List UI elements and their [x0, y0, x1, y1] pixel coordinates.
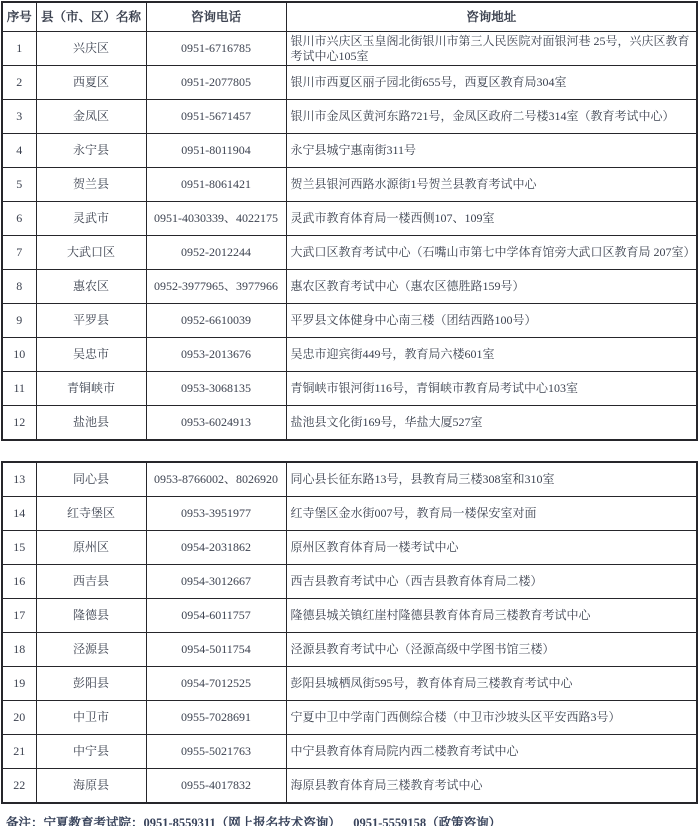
- phone-number-cell: 0951-8061421: [146, 168, 286, 202]
- district-name-cell: 西夏区: [36, 66, 146, 100]
- row-number-cell: 13: [2, 462, 36, 497]
- phone-number-cell: 0954-3012667: [146, 565, 286, 599]
- district-name-cell: 盐池县: [36, 406, 146, 441]
- address-cell: 中宁县教育体育局院内西二楼教育考试中心: [286, 735, 697, 769]
- phone-number-cell: 0954-5011754: [146, 633, 286, 667]
- district-name-cell: 永宁县: [36, 134, 146, 168]
- address-cell: 宁夏中卫中学南门西侧综合楼（中卫市沙坡头区平安西路3号）: [286, 701, 697, 735]
- phone-number-cell: 0951-4030339、4022175: [146, 202, 286, 236]
- district-name-cell: 平罗县: [36, 304, 146, 338]
- table-row: 6灵武市0951-4030339、4022175灵武市教育体育局一楼西侧107、…: [2, 202, 697, 236]
- district-name-cell: 红寺堡区: [36, 497, 146, 531]
- phone-number-cell: 0953-3068135: [146, 372, 286, 406]
- district-name-cell: 惠农区: [36, 270, 146, 304]
- table-header-row: 序号 县（市、区）名称 咨询电话 咨询地址: [2, 2, 697, 32]
- row-number-cell: 18: [2, 633, 36, 667]
- row-number-cell: 10: [2, 338, 36, 372]
- row-number-cell: 21: [2, 735, 36, 769]
- contact-table-section-1: 序号 县（市、区）名称 咨询电话 咨询地址 1兴庆区0951-6716785银川…: [1, 1, 698, 441]
- address-cell: 永宁县城宁惠南街311号: [286, 134, 697, 168]
- phone-number-cell: 0953-6024913: [146, 406, 286, 441]
- row-number-cell: 12: [2, 406, 36, 441]
- address-cell: 盐池县文化街169号，华盐大厦527室: [286, 406, 697, 441]
- row-number-cell: 1: [2, 32, 36, 66]
- phone-number-cell: 0953-8766002、8026920: [146, 462, 286, 497]
- address-cell: 银川市西夏区丽子园北街655号，西夏区教育局304室: [286, 66, 697, 100]
- remark-note: 备注：宁夏教育考试院：0951-8559311（网上报名技术咨询） 0951-5…: [6, 813, 700, 826]
- phone-number-cell: 0952-3977965、3977966: [146, 270, 286, 304]
- consultation-contact-document: 序号 县（市、区）名称 咨询电话 咨询地址 1兴庆区0951-6716785银川…: [0, 0, 700, 826]
- address-cell: 贺兰县银河西路水源街1号贺兰县教育考试中心: [286, 168, 697, 202]
- row-number-cell: 8: [2, 270, 36, 304]
- address-cell: 彭阳县城栖凤街595号，教育体育局三楼教育考试中心: [286, 667, 697, 701]
- phone-number-cell: 0953-2013676: [146, 338, 286, 372]
- table-row: 8惠农区0952-3977965、3977966惠农区教育考试中心（惠农区德胜路…: [2, 270, 697, 304]
- table-row: 18泾源县0954-5011754泾源县教育考试中心（泾源高级中学图书馆三楼）: [2, 633, 697, 667]
- row-number-cell: 22: [2, 769, 36, 804]
- table-row: 4永宁县0951-8011904永宁县城宁惠南街311号: [2, 134, 697, 168]
- table-row: 17隆德县0954-6011757隆德县城关镇红崖村隆德县教育体育局三楼教育考试…: [2, 599, 697, 633]
- header-phone: 咨询电话: [146, 2, 286, 32]
- table-row: 5贺兰县0951-8061421贺兰县银河西路水源街1号贺兰县教育考试中心: [2, 168, 697, 202]
- phone-number-cell: 0952-2012244: [146, 236, 286, 270]
- row-number-cell: 17: [2, 599, 36, 633]
- phone-number-cell: 0952-6610039: [146, 304, 286, 338]
- row-number-cell: 9: [2, 304, 36, 338]
- table-row: 20中卫市0955-7028691宁夏中卫中学南门西侧综合楼（中卫市沙坡头区平安…: [2, 701, 697, 735]
- row-number-cell: 14: [2, 497, 36, 531]
- table-row: 3金凤区0951-5671457银川市金凤区黄河东路721号，金凤区政府二号楼3…: [2, 100, 697, 134]
- row-number-cell: 3: [2, 100, 36, 134]
- table-row: 1兴庆区0951-6716785银川市兴庆区玉皇阁北街银川市第三人民医院对面银河…: [2, 32, 697, 66]
- address-cell: 青铜峡市银河街116号，青铜峡市教育局考试中心103室: [286, 372, 697, 406]
- district-name-cell: 海原县: [36, 769, 146, 804]
- district-name-cell: 同心县: [36, 462, 146, 497]
- row-number-cell: 7: [2, 236, 36, 270]
- row-number-cell: 19: [2, 667, 36, 701]
- address-cell: 平罗县文体健身中心南三楼（团结西路100号）: [286, 304, 697, 338]
- address-cell: 隆德县城关镇红崖村隆德县教育体育局三楼教育考试中心: [286, 599, 697, 633]
- phone-number-cell: 0954-7012525: [146, 667, 286, 701]
- row-number-cell: 2: [2, 66, 36, 100]
- table-row: 2西夏区0951-2077805银川市西夏区丽子园北街655号，西夏区教育局30…: [2, 66, 697, 100]
- row-number-cell: 15: [2, 531, 36, 565]
- row-number-cell: 5: [2, 168, 36, 202]
- table-row: 21中宁县0955-5021763中宁县教育体育局院内西二楼教育考试中心: [2, 735, 697, 769]
- district-name-cell: 贺兰县: [36, 168, 146, 202]
- row-number-cell: 20: [2, 701, 36, 735]
- table-row: 16西吉县0954-3012667西吉县教育考试中心（西吉县教育体育局二楼）: [2, 565, 697, 599]
- row-number-cell: 6: [2, 202, 36, 236]
- phone-number-cell: 0955-5021763: [146, 735, 286, 769]
- phone-number-cell: 0951-5671457: [146, 100, 286, 134]
- phone-number-cell: 0951-6716785: [146, 32, 286, 66]
- address-cell: 泾源县教育考试中心（泾源高级中学图书馆三楼）: [286, 633, 697, 667]
- phone-number-cell: 0954-6011757: [146, 599, 286, 633]
- address-cell: 吴忠市迎宾街449号，教育局六楼601室: [286, 338, 697, 372]
- address-cell: 灵武市教育体育局一楼西侧107、109室: [286, 202, 697, 236]
- district-name-cell: 大武口区: [36, 236, 146, 270]
- district-name-cell: 泾源县: [36, 633, 146, 667]
- header-serial-number: 序号: [2, 2, 36, 32]
- address-cell: 同心县长征东路13号，县教育局三楼308室和310室: [286, 462, 697, 497]
- table-row: 15原州区0954-2031862原州区教育体育局一楼考试中心: [2, 531, 697, 565]
- district-name-cell: 彭阳县: [36, 667, 146, 701]
- district-name-cell: 金凤区: [36, 100, 146, 134]
- table-row: 19彭阳县0954-7012525彭阳县城栖凤街595号，教育体育局三楼教育考试…: [2, 667, 697, 701]
- district-name-cell: 中卫市: [36, 701, 146, 735]
- address-cell: 海原县教育体育局三楼教育考试中心: [286, 769, 697, 804]
- address-cell: 银川市兴庆区玉皇阁北街银川市第三人民医院对面银河巷 25号，兴庆区教育考试中心1…: [286, 32, 697, 66]
- address-cell: 银川市金凤区黄河东路721号，金凤区政府二号楼314室（教育考试中心）: [286, 100, 697, 134]
- phone-number-cell: 0953-3951977: [146, 497, 286, 531]
- phone-number-cell: 0955-4017832: [146, 769, 286, 804]
- address-cell: 惠农区教育考试中心（惠农区德胜路159号）: [286, 270, 697, 304]
- district-name-cell: 青铜峡市: [36, 372, 146, 406]
- district-name-cell: 西吉县: [36, 565, 146, 599]
- phone-number-cell: 0954-2031862: [146, 531, 286, 565]
- district-name-cell: 隆德县: [36, 599, 146, 633]
- district-name-cell: 兴庆区: [36, 32, 146, 66]
- phone-number-cell: 0951-2077805: [146, 66, 286, 100]
- address-cell: 西吉县教育考试中心（西吉县教育体育局二楼）: [286, 565, 697, 599]
- table-row: 9平罗县0952-6610039平罗县文体健身中心南三楼（团结西路100号）: [2, 304, 697, 338]
- district-name-cell: 原州区: [36, 531, 146, 565]
- header-district-name: 县（市、区）名称: [36, 2, 146, 32]
- table-row: 11青铜峡市0953-3068135青铜峡市银河街116号，青铜峡市教育局考试中…: [2, 372, 697, 406]
- row-number-cell: 11: [2, 372, 36, 406]
- district-name-cell: 灵武市: [36, 202, 146, 236]
- table-row: 22海原县0955-4017832海原县教育体育局三楼教育考试中心: [2, 769, 697, 804]
- header-address: 咨询地址: [286, 2, 697, 32]
- table-row: 12盐池县0953-6024913盐池县文化街169号，华盐大厦527室: [2, 406, 697, 441]
- row-number-cell: 16: [2, 565, 36, 599]
- row-number-cell: 4: [2, 134, 36, 168]
- table-row: 14红寺堡区0953-3951977红寺堡区金水街007号，教育局一楼保安室对面: [2, 497, 697, 531]
- phone-number-cell: 0955-7028691: [146, 701, 286, 735]
- address-cell: 红寺堡区金水街007号，教育局一楼保安室对面: [286, 497, 697, 531]
- address-cell: 大武口区教育考试中心（石嘴山市第七中学体育馆旁大武口区教育局 207室）: [286, 236, 697, 270]
- district-name-cell: 中宁县: [36, 735, 146, 769]
- table-row: 7大武口区0952-2012244大武口区教育考试中心（石嘴山市第七中学体育馆旁…: [2, 236, 697, 270]
- section-divider-gap: [0, 441, 700, 461]
- contact-table-section-2: 13同心县0953-8766002、8026920同心县长征东路13号，县教育局…: [1, 461, 698, 804]
- phone-number-cell: 0951-8011904: [146, 134, 286, 168]
- district-name-cell: 吴忠市: [36, 338, 146, 372]
- address-cell: 原州区教育体育局一楼考试中心: [286, 531, 697, 565]
- table-row: 13同心县0953-8766002、8026920同心县长征东路13号，县教育局…: [2, 462, 697, 497]
- table-row: 10吴忠市0953-2013676吴忠市迎宾街449号，教育局六楼601室: [2, 338, 697, 372]
